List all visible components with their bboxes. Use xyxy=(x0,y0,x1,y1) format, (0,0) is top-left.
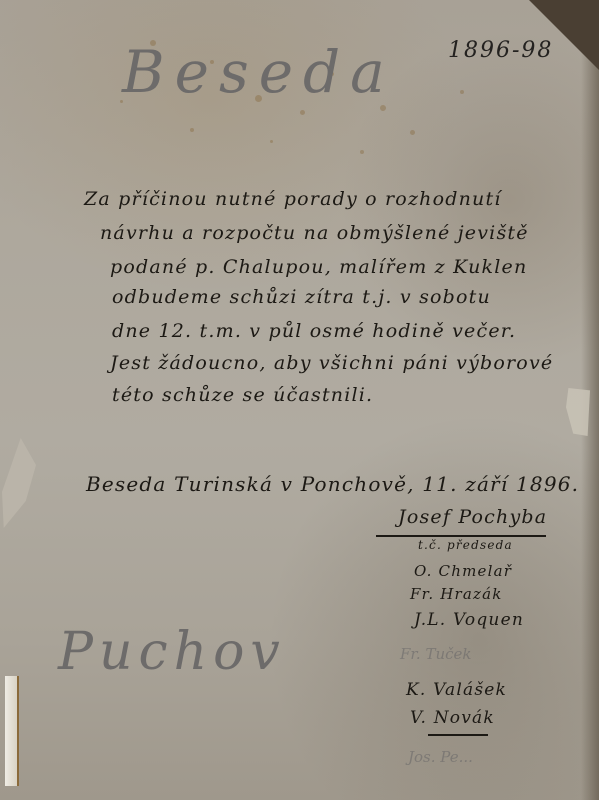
bottom-pencil-note: Puchov xyxy=(58,622,286,682)
body-line: podané p. Chalupou, malířem z Kuklen xyxy=(110,256,527,278)
body-line: návrhu a rozpočtu na obmýšlené jeviště xyxy=(100,222,529,244)
signature-underline xyxy=(376,535,546,537)
signature: Fr. Hrazák xyxy=(410,585,503,603)
paper-tear-left xyxy=(2,438,36,528)
signature: J.L. Voquen xyxy=(414,610,524,630)
body-line: Jest žádoucno, aby všichni páni výborové xyxy=(110,352,553,374)
archive-date-range: 1896-98 xyxy=(448,38,553,63)
signature: O. Chmelař xyxy=(414,562,512,580)
signature: K. Valášek xyxy=(406,680,507,700)
body-line: této schůze se účastnili. xyxy=(112,384,373,406)
header-pencil-title: Beseda xyxy=(122,38,395,106)
body-line: odbudeme schůzi zítra t.j. v sobotu xyxy=(112,286,491,308)
signature-underline xyxy=(428,734,488,736)
faint-signature: Fr. Tuček xyxy=(400,645,472,663)
binding-strip xyxy=(5,676,19,786)
body-line: Za příčinou nutné porady o rozhodnutí xyxy=(84,188,502,210)
document-page: Beseda 1896-98 Za příčinou nutné porady … xyxy=(0,0,599,800)
body-line: dne 12. t.m. v půl osmé hodině večer. xyxy=(112,320,516,342)
place-date-line: Beseda Turinská v Ponchově, 11. září 189… xyxy=(86,472,579,496)
faint-signature: Jos. Pe... xyxy=(408,748,473,766)
signature: V. Novák xyxy=(410,708,495,728)
signature-chairman: Josef Pochyba xyxy=(398,506,547,528)
signature-role: t.č. předseda xyxy=(418,538,513,552)
paper-tear-right xyxy=(566,388,590,436)
